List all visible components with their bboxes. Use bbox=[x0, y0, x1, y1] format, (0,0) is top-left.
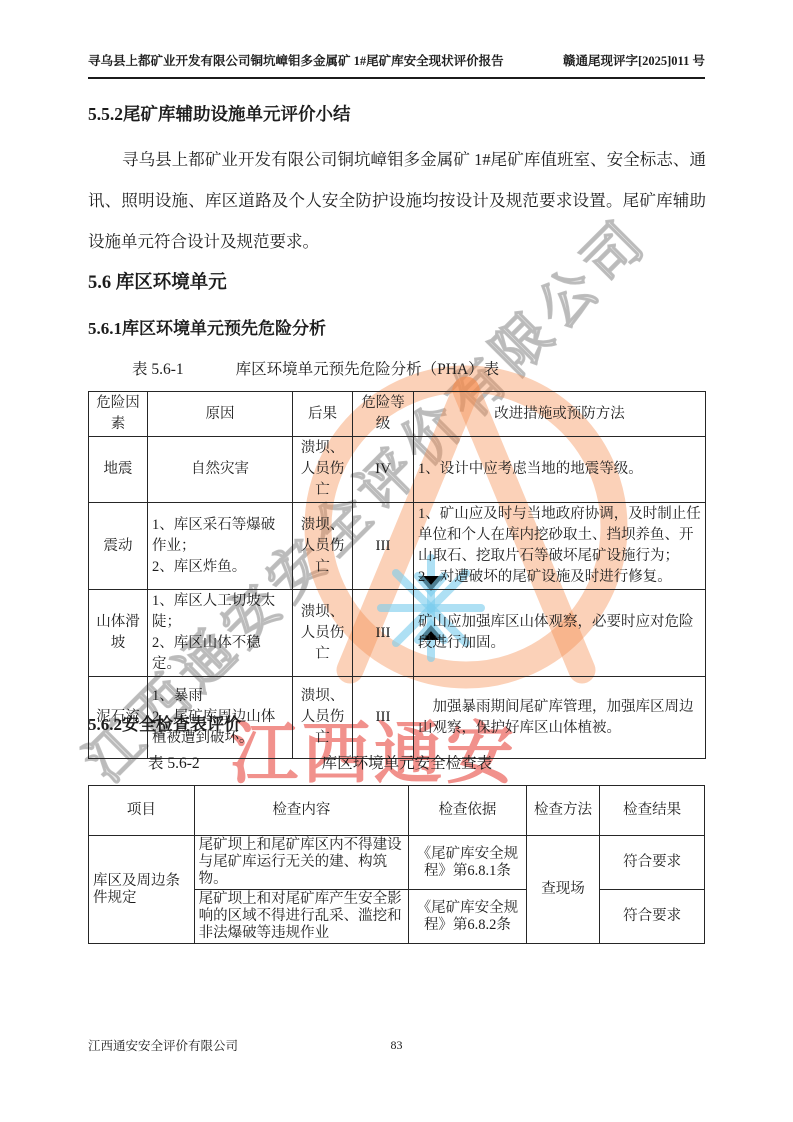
checklist-cell-basis: 《尾矿库安全规程》第6.8.1条 bbox=[409, 836, 527, 890]
checklist-cell-result: 符合要求 bbox=[600, 890, 705, 944]
content-layer: 寻乌县上都矿业开发有限公司铜坑嶂钼多金属矿 1#尾矿库安全现状评价报告 赣通尾现… bbox=[0, 0, 793, 1122]
body-paragraph: 寻乌县上都矿业开发有限公司铜坑嶂钼多金属矿 1#尾矿库值班室、安全标志、通讯、照… bbox=[88, 139, 706, 262]
pha-cell-factor: 地震 bbox=[89, 437, 148, 503]
checklist-caption-label: 表 5.6-2 bbox=[148, 751, 200, 773]
pha-header-measures: 改进措施或预防方法 bbox=[414, 392, 706, 437]
pha-header-row: 危险因素 原因 后果 危险等级 改进措施或预防方法 bbox=[89, 392, 706, 437]
header-rule bbox=[88, 77, 705, 79]
checklist-header-item: 项目 bbox=[89, 786, 195, 836]
checklist-caption-title: 库区环境单元安全检查表 bbox=[322, 751, 493, 773]
checklist-cell-item-group: 库区及周边条件规定 bbox=[89, 836, 195, 944]
pha-cell-factor: 震动 bbox=[89, 503, 148, 590]
section-heading-5-6-2: 5.6.2安全检查表评价 bbox=[88, 710, 241, 735]
pha-cell-measures: 1、设计中应考虑当地的地震等级。 bbox=[414, 437, 706, 503]
pha-cell-measures: 矿山应加强库区山体观察，必要时应对危险段进行加固。 bbox=[414, 590, 706, 677]
checklist-table-caption: 表 5.6-2 库区环境单元安全检查表 bbox=[88, 751, 765, 773]
pha-cell-consequence: 溃坝、人员伤亡 bbox=[293, 437, 353, 503]
pha-header-consequence: 后果 bbox=[293, 392, 353, 437]
pha-cell-measures: 1、矿山应及时与当地政府协调，及时制止任单位和个人在库内挖砂取土、挡坝养鱼、开山… bbox=[414, 503, 706, 590]
pha-cell-factor: 山体滑坡 bbox=[89, 590, 148, 677]
pha-header-level: 危险等级 bbox=[353, 392, 414, 437]
table-row: 山体滑坡 1、库区人工切坡太陡； 2、库区山体不稳定。 溃坝、人员伤亡 III … bbox=[89, 590, 706, 677]
pha-caption-title: 库区环境单元预先危险分析（PHA）表 bbox=[236, 357, 500, 379]
page-number: 83 bbox=[88, 1038, 705, 1053]
page-header: 寻乌县上都矿业开发有限公司铜坑嶂钼多金属矿 1#尾矿库安全现状评价报告 赣通尾现… bbox=[88, 51, 705, 69]
pha-cell-level: III bbox=[353, 677, 414, 759]
checklist-cell-result: 符合要求 bbox=[600, 836, 705, 890]
section-heading-5-6-1: 5.6.1库区环境单元预先危险分析 bbox=[88, 314, 326, 339]
pha-cell-cause: 1、库区采石等爆破作业； 2、库区炸鱼。 bbox=[148, 503, 293, 590]
pha-cell-level: III bbox=[353, 590, 414, 677]
table-row: 震动 1、库区采石等爆破作业； 2、库区炸鱼。 溃坝、人员伤亡 III 1、矿山… bbox=[89, 503, 706, 590]
document-page: 江西通安安全评价有限公司 江西通安 寻乌县上都矿业开发有限公司铜坑嶂钼多金属矿 … bbox=[0, 0, 793, 1122]
pha-header-factor: 危险因素 bbox=[89, 392, 148, 437]
pha-cell-consequence: 溃坝、人员伤亡 bbox=[293, 590, 353, 677]
checklist-header-row: 项目 检查内容 检查依据 检查方法 检查结果 bbox=[89, 786, 705, 836]
pha-cell-measures: 加强暴雨期间尾矿库管理，加强库区周边山观察，保护好库区山体植被。 bbox=[414, 677, 706, 759]
checklist-cell-content: 尾矿坝上和对尾矿库产生安全影响的区域不得进行乱采、滥挖和非法爆破等违规作业 bbox=[194, 890, 408, 944]
pha-cell-consequence: 溃坝、人员伤亡 bbox=[293, 677, 353, 759]
checklist-cell-basis: 《尾矿库安全规程》第6.8.2条 bbox=[409, 890, 527, 944]
pha-header-cause: 原因 bbox=[148, 392, 293, 437]
checklist-header-method: 检查方法 bbox=[526, 786, 599, 836]
checklist-cell-content: 尾矿坝上和尾矿库区内不得建设与尾矿库运行无关的建、构筑物。 bbox=[194, 836, 408, 890]
pha-cell-cause: 自然灾害 bbox=[148, 437, 293, 503]
section-heading-5-6: 5.6 库区环境单元 bbox=[88, 268, 227, 294]
pha-cell-level: IV bbox=[353, 437, 414, 503]
checklist-cell-method: 查现场 bbox=[526, 836, 599, 944]
doc-number: 赣通尾现评字[2025]011 号 bbox=[563, 51, 705, 69]
pha-table: 危险因素 原因 后果 危险等级 改进措施或预防方法 地震 自然灾害 溃坝、人员伤… bbox=[88, 391, 706, 759]
checklist-table: 项目 检查内容 检查依据 检查方法 检查结果 库区及周边条件规定 尾矿坝上和尾矿… bbox=[88, 785, 705, 944]
pha-cell-cause: 1、库区人工切坡太陡； 2、库区山体不稳定。 bbox=[148, 590, 293, 677]
checklist-header-basis: 检查依据 bbox=[409, 786, 527, 836]
pha-table-caption: 表 5.6-1 库区环境单元预先危险分析（PHA）表 bbox=[88, 357, 749, 379]
pha-caption-label: 表 5.6-1 bbox=[132, 357, 184, 379]
checklist-header-content: 检查内容 bbox=[194, 786, 408, 836]
pha-cell-consequence: 溃坝、人员伤亡 bbox=[293, 503, 353, 590]
table-row: 库区及周边条件规定 尾矿坝上和尾矿库区内不得建设与尾矿库运行无关的建、构筑物。 … bbox=[89, 836, 705, 890]
checklist-header-result: 检查结果 bbox=[600, 786, 705, 836]
report-title: 寻乌县上都矿业开发有限公司铜坑嶂钼多金属矿 1#尾矿库安全现状评价报告 bbox=[88, 51, 504, 69]
section-heading-5-5-2: 5.5.2尾矿库辅助设施单元评价小结 bbox=[88, 101, 351, 126]
table-row: 地震 自然灾害 溃坝、人员伤亡 IV 1、设计中应考虑当地的地震等级。 bbox=[89, 437, 706, 503]
pha-cell-level: III bbox=[353, 503, 414, 590]
